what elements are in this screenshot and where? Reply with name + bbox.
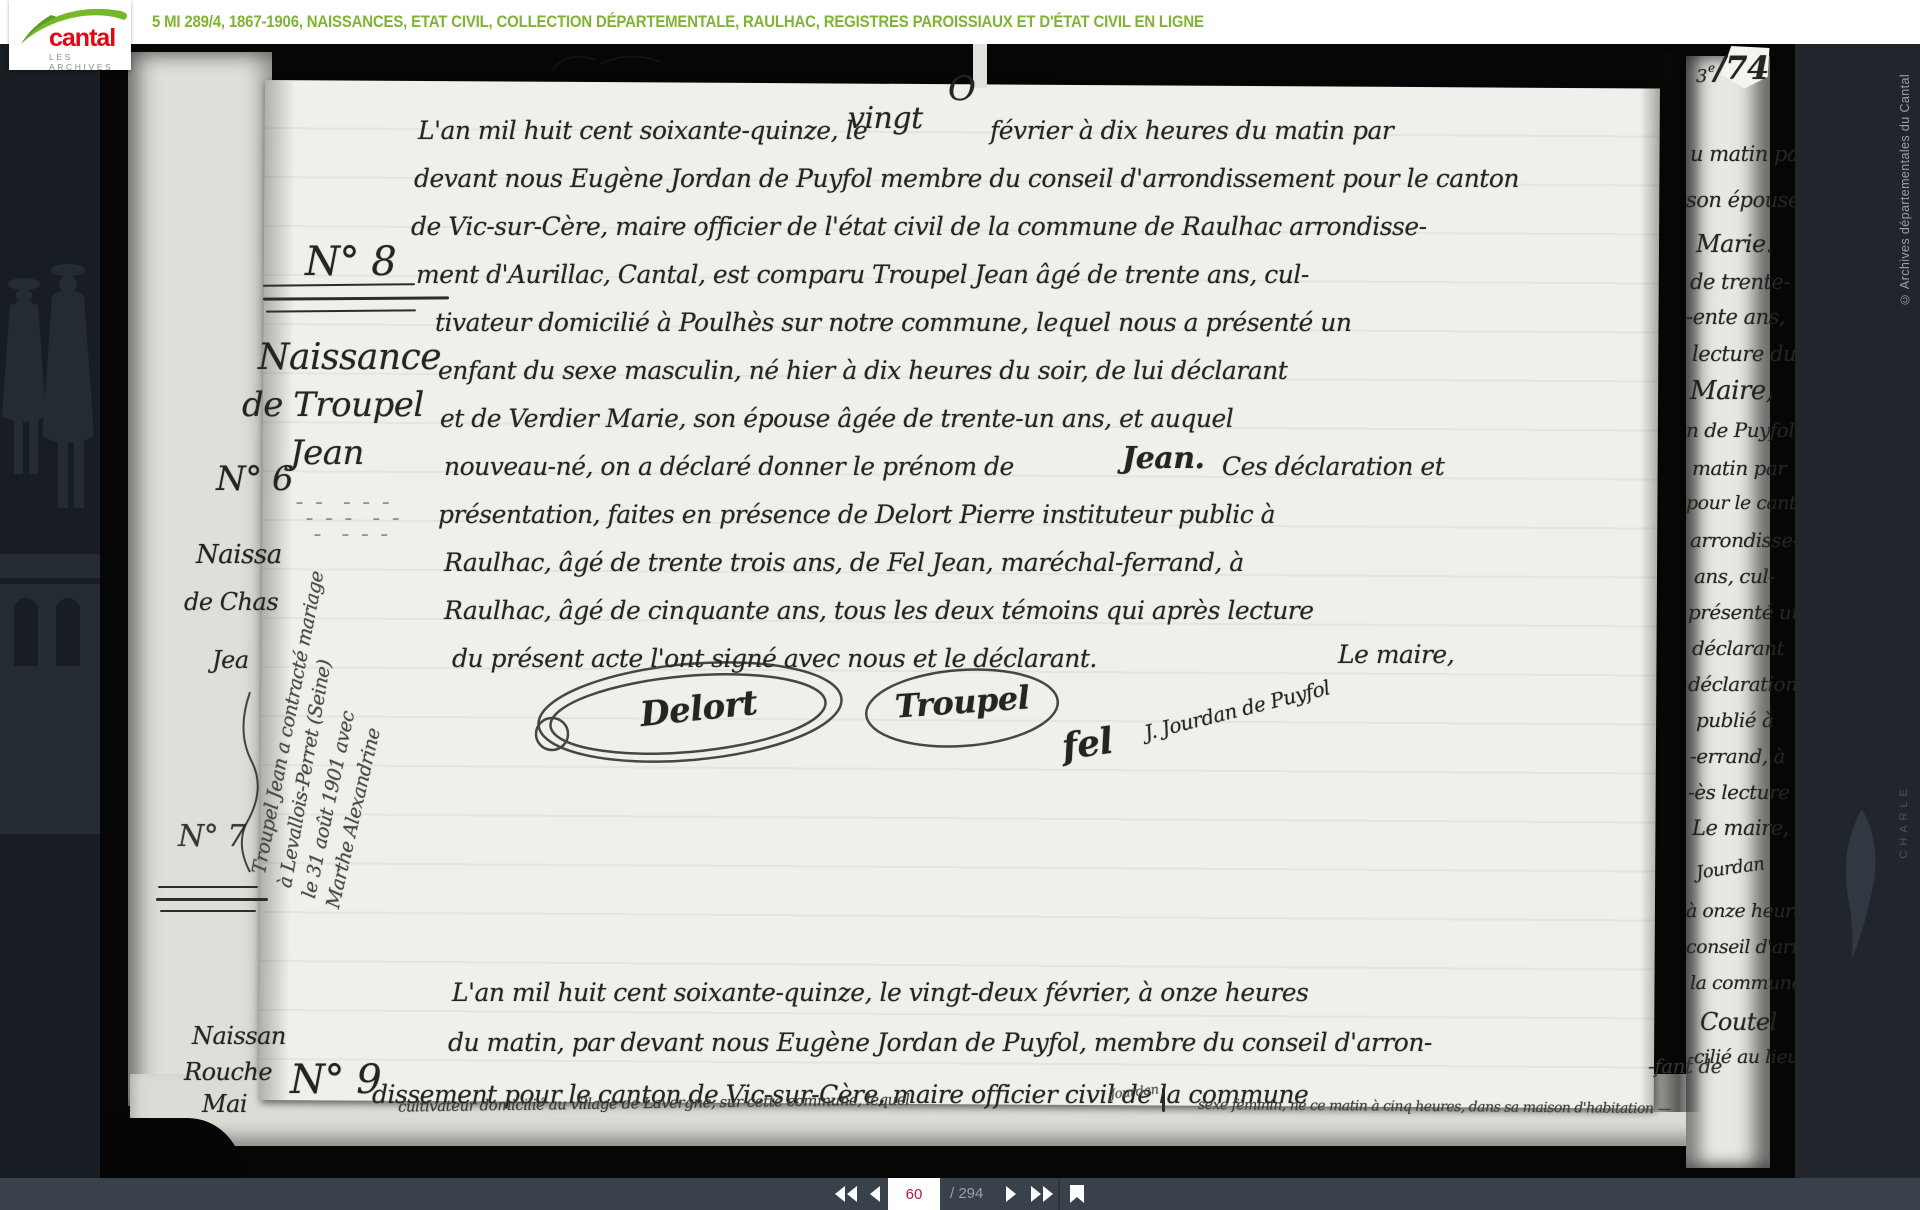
bookmark-page-button[interactable] <box>1062 1178 1092 1210</box>
manuscript-line: 3 <box>1696 68 1707 86</box>
document-title: 5 MI 289/4, 1867-1906, NAISSANCES, ETAT … <box>152 0 1204 44</box>
double-left-arrow-icon <box>833 1184 859 1204</box>
quill-watermark-icon <box>1832 804 1892 964</box>
manuscript-line: /74 <box>1714 52 1769 84</box>
copyright-notice: © Archives départementales du Cantal <box>1898 74 1912 307</box>
charle-watermark: CHARLE <box>1898 784 1910 859</box>
cantal-archives-logo[interactable]: cantal LES ARCHIVES <box>9 0 131 70</box>
right-arrow-icon <box>1004 1184 1018 1204</box>
last-page-button[interactable] <box>1026 1178 1058 1210</box>
manuscript-ink-layer: L'an mil huit cent soixante-quinze, levi… <box>100 44 1795 1178</box>
page-corner-number: 3e/74 <box>100 44 1795 1178</box>
logo-subtitle: LES ARCHIVES <box>49 52 131 72</box>
document-scan-viewport[interactable]: L'an mil huit cent soixante-quinze, levi… <box>100 44 1795 1178</box>
previous-page-button[interactable] <box>864 1178 886 1210</box>
right-background-strip: © Archives départementales du Cantal CHA… <box>1795 44 1920 1178</box>
left-background-strip <box>0 44 100 1178</box>
page-total-label: / 294 <box>950 1178 983 1210</box>
historic-figures-watermark-icon <box>0 254 100 834</box>
pagination-toolbar: / 294 <box>0 1178 1920 1210</box>
bookmark-icon <box>1069 1184 1085 1204</box>
first-page-button[interactable] <box>830 1178 862 1210</box>
double-right-arrow-icon <box>1029 1184 1055 1204</box>
page-number-input[interactable] <box>888 1178 940 1210</box>
next-page-button[interactable] <box>1000 1178 1022 1210</box>
left-arrow-icon <box>868 1184 882 1204</box>
toolbar-separator <box>1058 1178 1060 1210</box>
top-bar: 5 MI 289/4, 1867-1906, NAISSANCES, ETAT … <box>0 0 1920 44</box>
archives-viewer: { "header": { "logo": {"word": "cantal",… <box>0 0 1920 1210</box>
logo-wordmark: cantal <box>49 24 115 53</box>
